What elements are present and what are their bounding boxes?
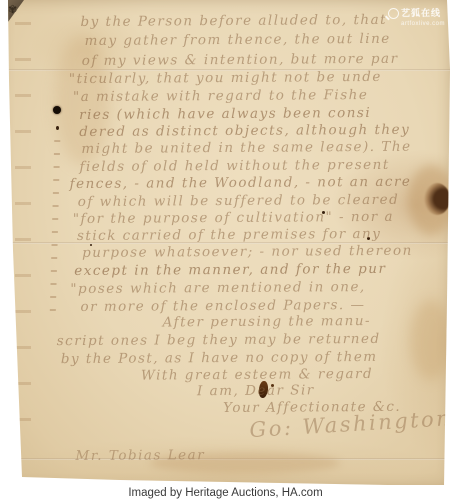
- handwriting-line: might be united in the same lease). The: [81, 139, 411, 157]
- handwriting-line: may gather from thence, the out line: [85, 31, 391, 49]
- magnifier-icon: [388, 8, 399, 19]
- letter-text: by the Person before alluded to, thatmay…: [0, 0, 451, 490]
- handwriting-line: by the Person before alluded to, that: [80, 12, 387, 30]
- caption-text: Imaged by Heritage Auctions, HA.com: [128, 487, 322, 499]
- handwriting-line: With great esteem & regard: [141, 366, 373, 384]
- handwriting-line: "for the purpose of cultivation" - nor a: [73, 209, 394, 227]
- handwriting-line: After perusing the manu-: [162, 313, 371, 330]
- manuscript-paper: ✾ by the Person before alluded to, thatm…: [0, 0, 451, 488]
- watermark-url: artfoxlive.com: [401, 21, 448, 27]
- handwriting-line: dered as distinct objects, although they: [79, 122, 410, 140]
- handwriting-line: by the Post, as I have no copy of them: [61, 349, 378, 367]
- watermark: 艺狐在线 artfoxlive.com: [388, 8, 448, 27]
- handwriting-line: script ones I beg they may be returned: [57, 331, 381, 349]
- handwriting-line: ries (which have always been consi: [79, 105, 371, 123]
- handwriting-line: "ticularly, that you might not be unde: [69, 69, 382, 87]
- handwriting-line: fences, - and the Woodland, - not an acr…: [70, 174, 412, 192]
- handwriting-line: I am, Dear Sir: [197, 382, 315, 399]
- handwriting-line: Mr. Tobias Lear: [75, 447, 205, 464]
- handwriting-line: stick carried of the premises for any: [77, 226, 381, 244]
- watermark-label: 艺狐在线: [401, 9, 441, 18]
- photo: ✾ by the Person before alluded to, thatm…: [0, 0, 451, 500]
- handwriting-line: of which will be suffered to be cleared: [78, 192, 400, 210]
- handwriting-line: or more of the enclosed Papers. —: [80, 297, 365, 315]
- handwriting-line: "poses which are mentioned in one,: [70, 279, 366, 297]
- handwriting-line: fields of old held without the present: [79, 157, 389, 175]
- handwriting-line: purpose whatsoever; - nor used thereon: [82, 243, 413, 261]
- caption-bar: Imaged by Heritage Auctions, HA.com: [0, 485, 451, 500]
- handwriting-line: except in the manner, and for the pur: [74, 261, 386, 279]
- handwriting-line: of my views & intention, but more par: [82, 51, 399, 69]
- handwriting-line: "a mistake with regard to the Fishe: [73, 87, 368, 105]
